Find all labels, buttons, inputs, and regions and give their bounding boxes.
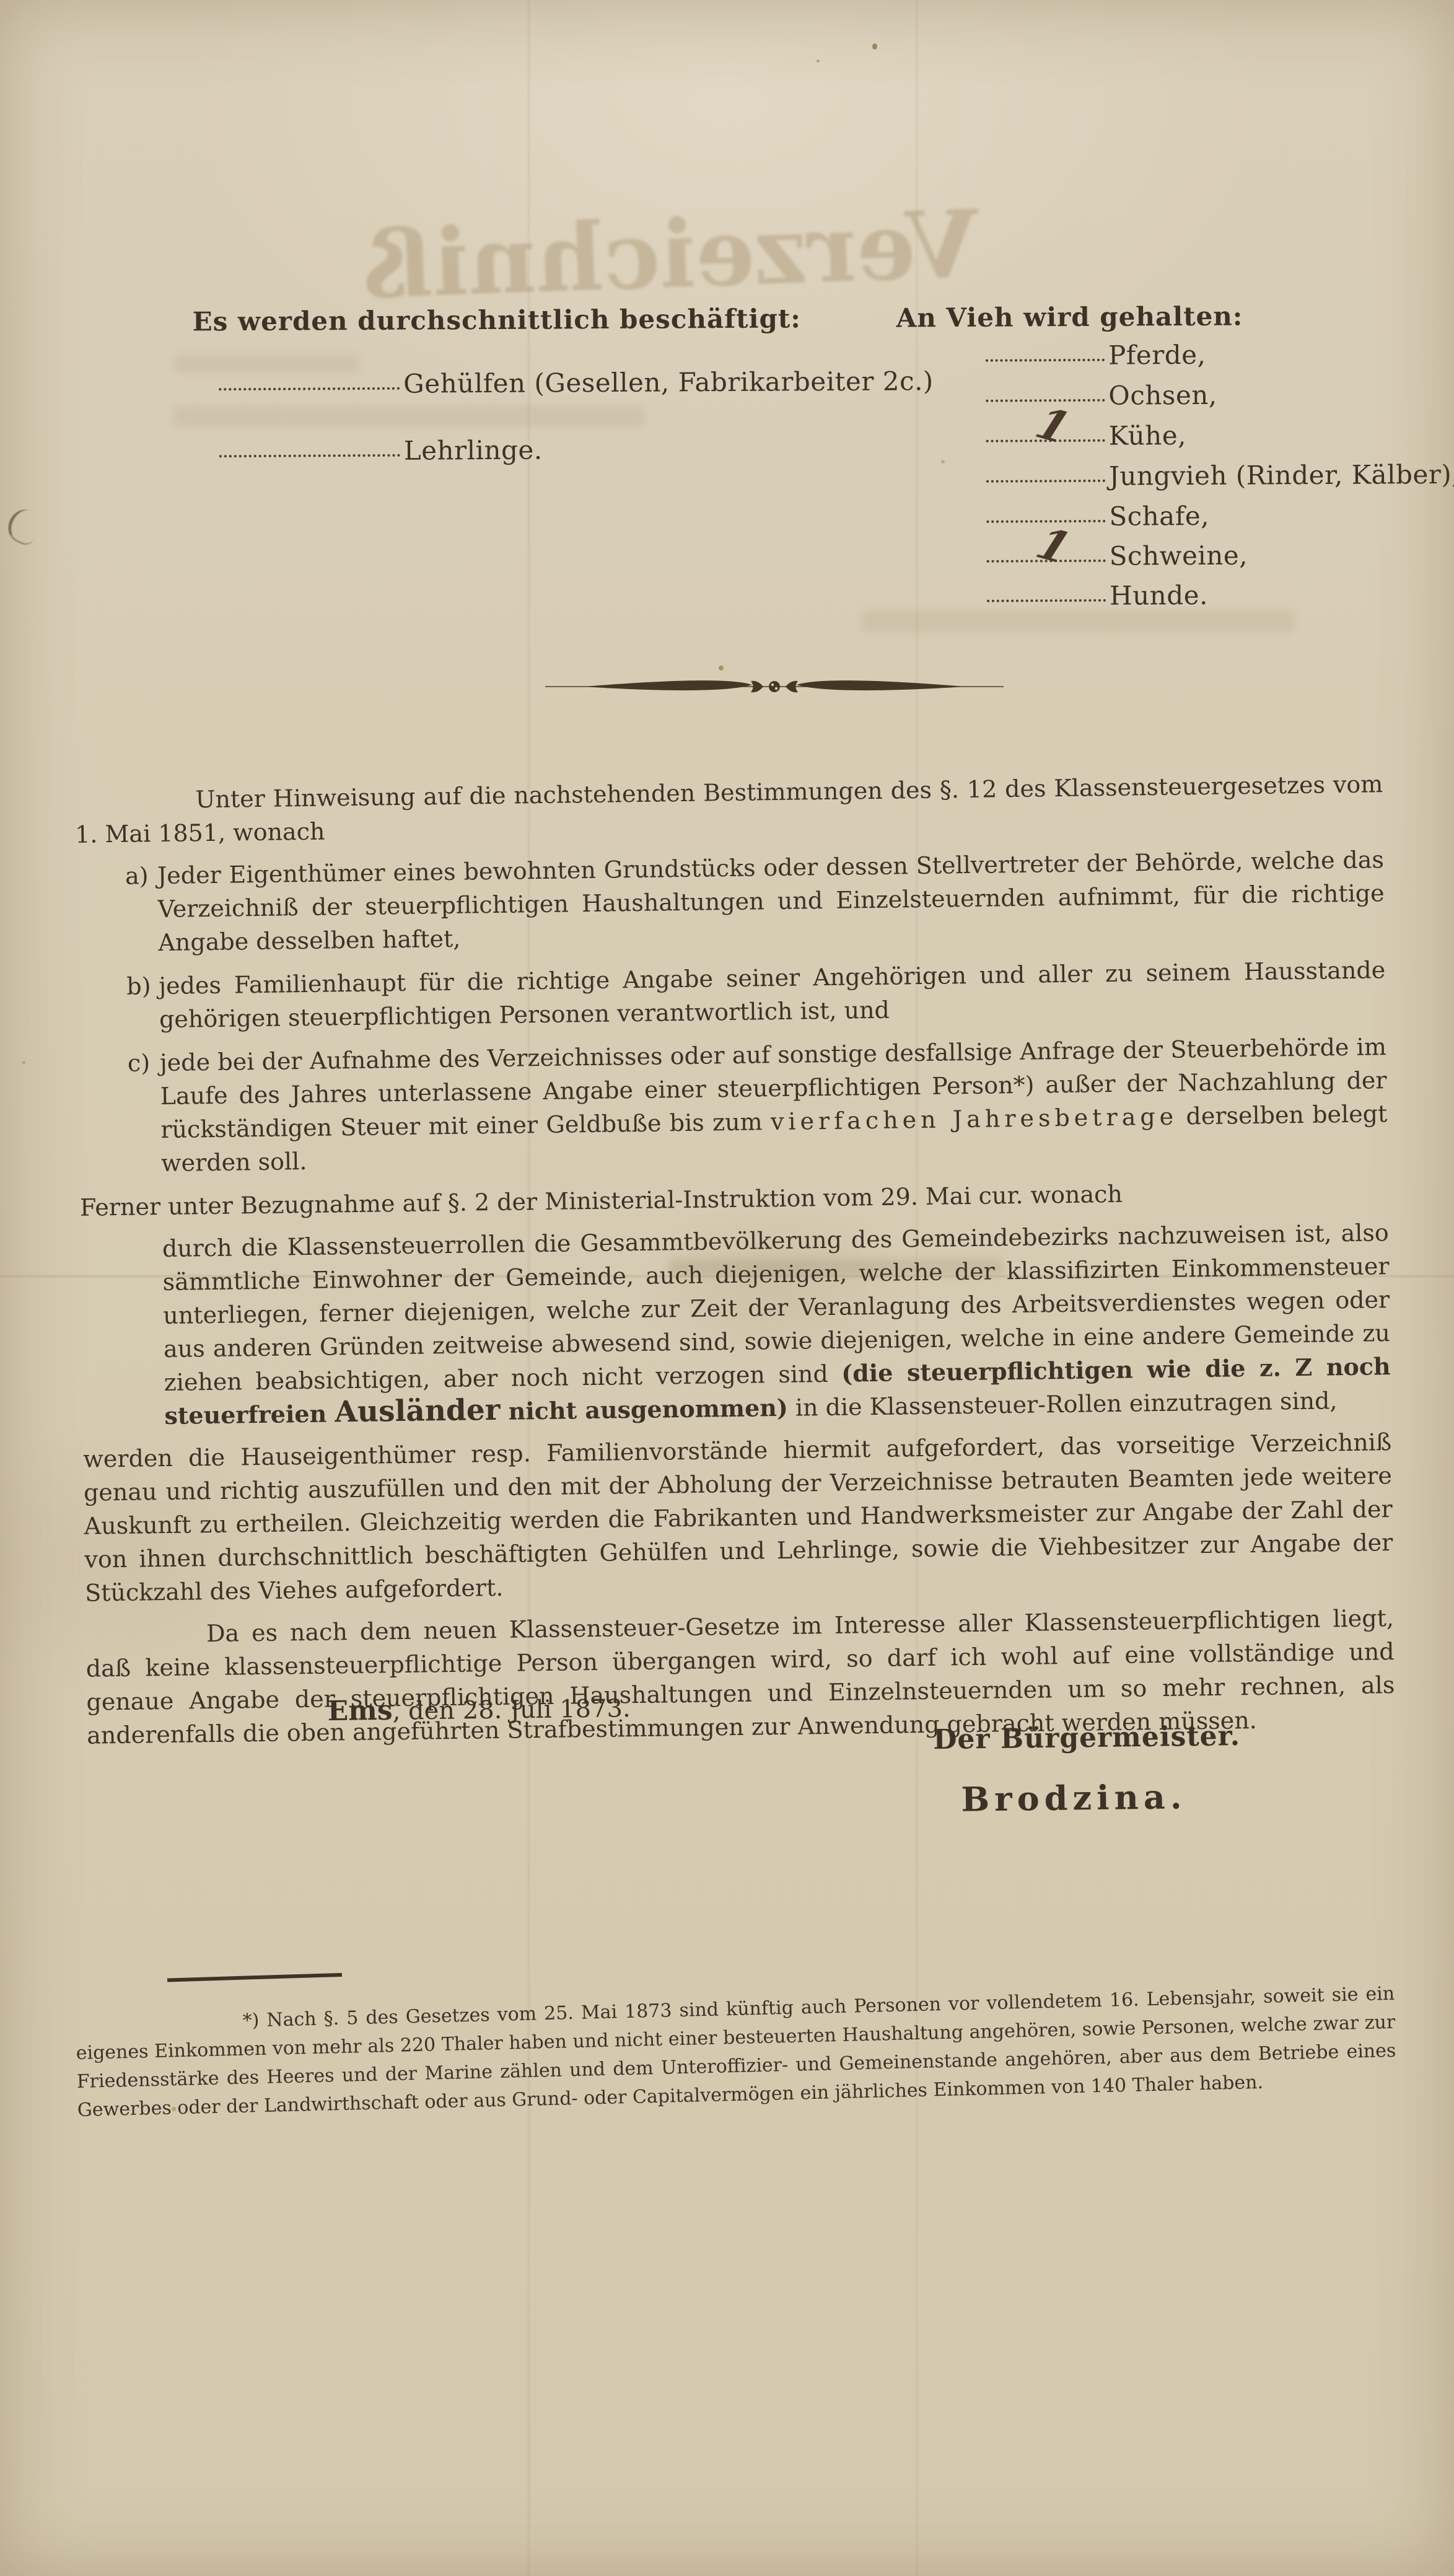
list-item-a: a)Jeder Eigenthümer eines bewohnten Grun… bbox=[157, 843, 1385, 959]
fill-in-line bbox=[987, 599, 1106, 602]
wonach-block: durch die Klassensteuerrollen die Gesamm… bbox=[162, 1216, 1391, 1433]
signer-title: Der Bürgermeister. bbox=[933, 1720, 1240, 1756]
fill-in-line bbox=[986, 359, 1105, 362]
signer-name: Brodzina. bbox=[961, 1777, 1187, 1819]
item-a-label: a) bbox=[125, 859, 149, 892]
scanned-document-page: Verzeichniß Es werden durchschnittlich b… bbox=[0, 0, 1454, 2576]
wonach-text-2: in die Klassensteuer-Rollen einzutragen … bbox=[788, 1387, 1338, 1422]
fill-in-line bbox=[219, 454, 400, 458]
employment-item-label: Gehülfen (Gesellen, Fabrikarbeiter 2c.) bbox=[403, 366, 934, 398]
livestock-row-jungvieh: Jungvieh (Rinder, Kälber), bbox=[986, 459, 1454, 492]
item-b-text: jedes Familienhaupt für die richtige Ang… bbox=[159, 956, 1385, 1033]
list-item-b: b)jedes Familienhaupt für die richtige A… bbox=[159, 953, 1386, 1036]
employment-row-gehuelfen: Gehülfen (Gesellen, Fabrikarbeiter 2c.) bbox=[219, 366, 934, 400]
livestock-item-label: Schafe, bbox=[1109, 501, 1209, 532]
item-c-label: c) bbox=[128, 1046, 151, 1079]
list-item-c: c)jede bei der Aufnahme des Verzeichniss… bbox=[160, 1030, 1388, 1180]
werden-paragraph: werden die Hauseigenthümer resp. Familie… bbox=[83, 1425, 1393, 1610]
dateline-place: Ems bbox=[327, 1695, 392, 1727]
livestock-item-label: Ochsen, bbox=[1108, 380, 1217, 411]
ferner-paragraph: Ferner unter Bezugnahme auf §. 2 der Min… bbox=[80, 1174, 1389, 1224]
wonach-bold-post: nicht ausgenommen) bbox=[500, 1394, 788, 1425]
livestock-item-label: Kühe, bbox=[1109, 420, 1187, 451]
employment-row-lehrlinge: Lehrlinge. bbox=[219, 435, 543, 467]
paper-stain bbox=[941, 460, 945, 464]
dateline-rest: , den 28. Juli 1873. bbox=[392, 1694, 631, 1726]
paper-stain bbox=[22, 1061, 25, 1064]
livestock-row-pferde: Pferde, bbox=[986, 340, 1206, 371]
livestock-row-kuehe: 1Kühe, bbox=[986, 420, 1187, 452]
main-text: Unter Hinweisung auf die nachstehenden B… bbox=[74, 767, 1395, 1761]
fill-in-line bbox=[986, 439, 1105, 442]
footnote-rule bbox=[167, 1973, 342, 1982]
paper-stain bbox=[719, 666, 724, 670]
livestock-row-hunde: Hunde. bbox=[987, 580, 1208, 612]
intro-paragraph: Unter Hinweisung auf die nachstehenden B… bbox=[74, 767, 1383, 851]
footnote-section: *) Nach §. 5 des Gesetzes vom 25. Mai 18… bbox=[74, 1949, 1397, 2125]
bleedthrough-title: Verzeichniß bbox=[469, 190, 981, 317]
footnote-text: *) Nach §. 5 des Gesetzes vom 25. Mai 18… bbox=[75, 1980, 1397, 2125]
fill-in-line bbox=[219, 387, 400, 391]
livestock-item-label: Pferde, bbox=[1108, 340, 1206, 371]
fill-in-line bbox=[986, 399, 1105, 402]
fill-in-line bbox=[987, 560, 1106, 563]
employment-item-label: Lehrlinge. bbox=[404, 435, 543, 466]
wonach-bold-auslaender: Ausländer bbox=[335, 1393, 501, 1429]
livestock-item-label: Schweine, bbox=[1110, 540, 1248, 571]
fill-in-line bbox=[986, 480, 1105, 483]
bleedthrough-band bbox=[861, 610, 1295, 633]
item-c-emphasis: vierfachen Jahresbetrage bbox=[771, 1103, 1178, 1136]
dateline: Ems, den 28. Juli 1873. bbox=[327, 1692, 631, 1727]
employment-heading: Es werden durchschnittlich beschäftigt: bbox=[193, 303, 801, 336]
fill-in-section: Es werden durchschnittlich beschäftigt: … bbox=[0, 0, 1454, 4]
livestock-item-label: Hunde. bbox=[1110, 580, 1208, 611]
ink-mark bbox=[3, 504, 45, 548]
bleedthrough-band bbox=[173, 406, 644, 427]
livestock-item-label: Jungvieh (Rinder, Kälber), bbox=[1109, 459, 1454, 491]
livestock-row-schweine: 1Schweine, bbox=[987, 540, 1248, 572]
fill-in-line bbox=[986, 520, 1105, 523]
livestock-row-schafe: Schafe, bbox=[986, 501, 1209, 532]
livestock-heading: An Vieh wird gehalten: bbox=[896, 301, 1243, 333]
signature-section: Ems, den 28. Juli 1873. Der Bürgermeiste… bbox=[0, 0, 1454, 9]
paper-stain bbox=[872, 43, 877, 50]
divider-ornament-icon bbox=[545, 675, 1004, 698]
item-a-text: Jeder Eigenthümer eines bewohnten Grunds… bbox=[157, 846, 1385, 956]
paper-stain bbox=[817, 59, 820, 63]
livestock-row-ochsen: Ochsen, bbox=[986, 380, 1217, 411]
item-b-label: b) bbox=[126, 969, 151, 1003]
